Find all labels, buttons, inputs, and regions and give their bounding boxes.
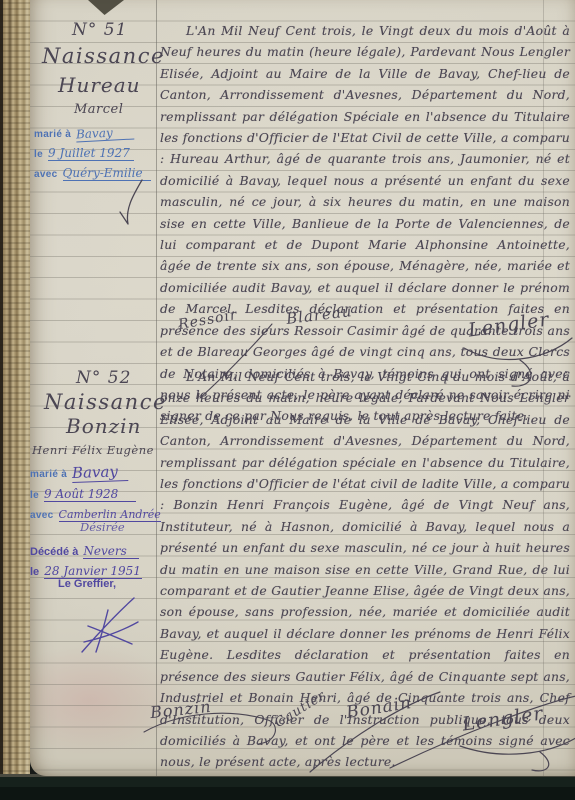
act-type-label: Naissance <box>44 390 167 414</box>
married-at-label: marié à <box>34 129 71 140</box>
child-surname: Bonzin <box>66 414 141 438</box>
act-number: N° 52 <box>76 368 131 388</box>
married-place: Bavay <box>72 462 129 483</box>
deceased-place: Nevers <box>83 544 139 559</box>
deceased-date: 28 Janvier 1951 <box>44 564 142 579</box>
spouse-name-line2: Désirée <box>80 520 125 534</box>
act-number: N° 51 <box>72 20 127 40</box>
clerk-signature-scribble <box>74 592 150 656</box>
married-place: Bavay <box>76 124 135 142</box>
clerk-label: Le Greffier, <box>58 578 116 590</box>
spouse-label: avec <box>34 169 57 180</box>
register-page: N° 51 Naissance Hureau Marcel marié à Ba… <box>30 0 575 776</box>
bottom-signature-flourishes <box>140 690 575 776</box>
paraph-mark <box>112 178 152 230</box>
married-date-label: le <box>34 149 43 160</box>
married-at-label: marié à <box>30 469 67 480</box>
register-photo: N° 51 Naissance Hureau Marcel marié à Ba… <box>0 0 575 800</box>
deceased-date-label: le <box>30 566 39 578</box>
child-surname: Hureau <box>58 73 141 97</box>
act-type-label: Naissance <box>42 44 165 68</box>
book-binding-page-edges <box>0 0 30 778</box>
book-cover-bottom-edge <box>0 774 575 800</box>
margin-rule-line <box>156 0 157 776</box>
married-date: 9 Juillet 1927 <box>48 146 134 161</box>
child-given-names: Marcel <box>74 102 123 117</box>
married-date-label: le <box>30 490 39 501</box>
married-date: 9 Août 1928 <box>44 487 136 502</box>
child-given-names: Henri Félix Eugène <box>32 443 154 457</box>
deceased-at-label: Décédé à <box>30 546 78 558</box>
spouse-label: avec <box>30 510 53 521</box>
